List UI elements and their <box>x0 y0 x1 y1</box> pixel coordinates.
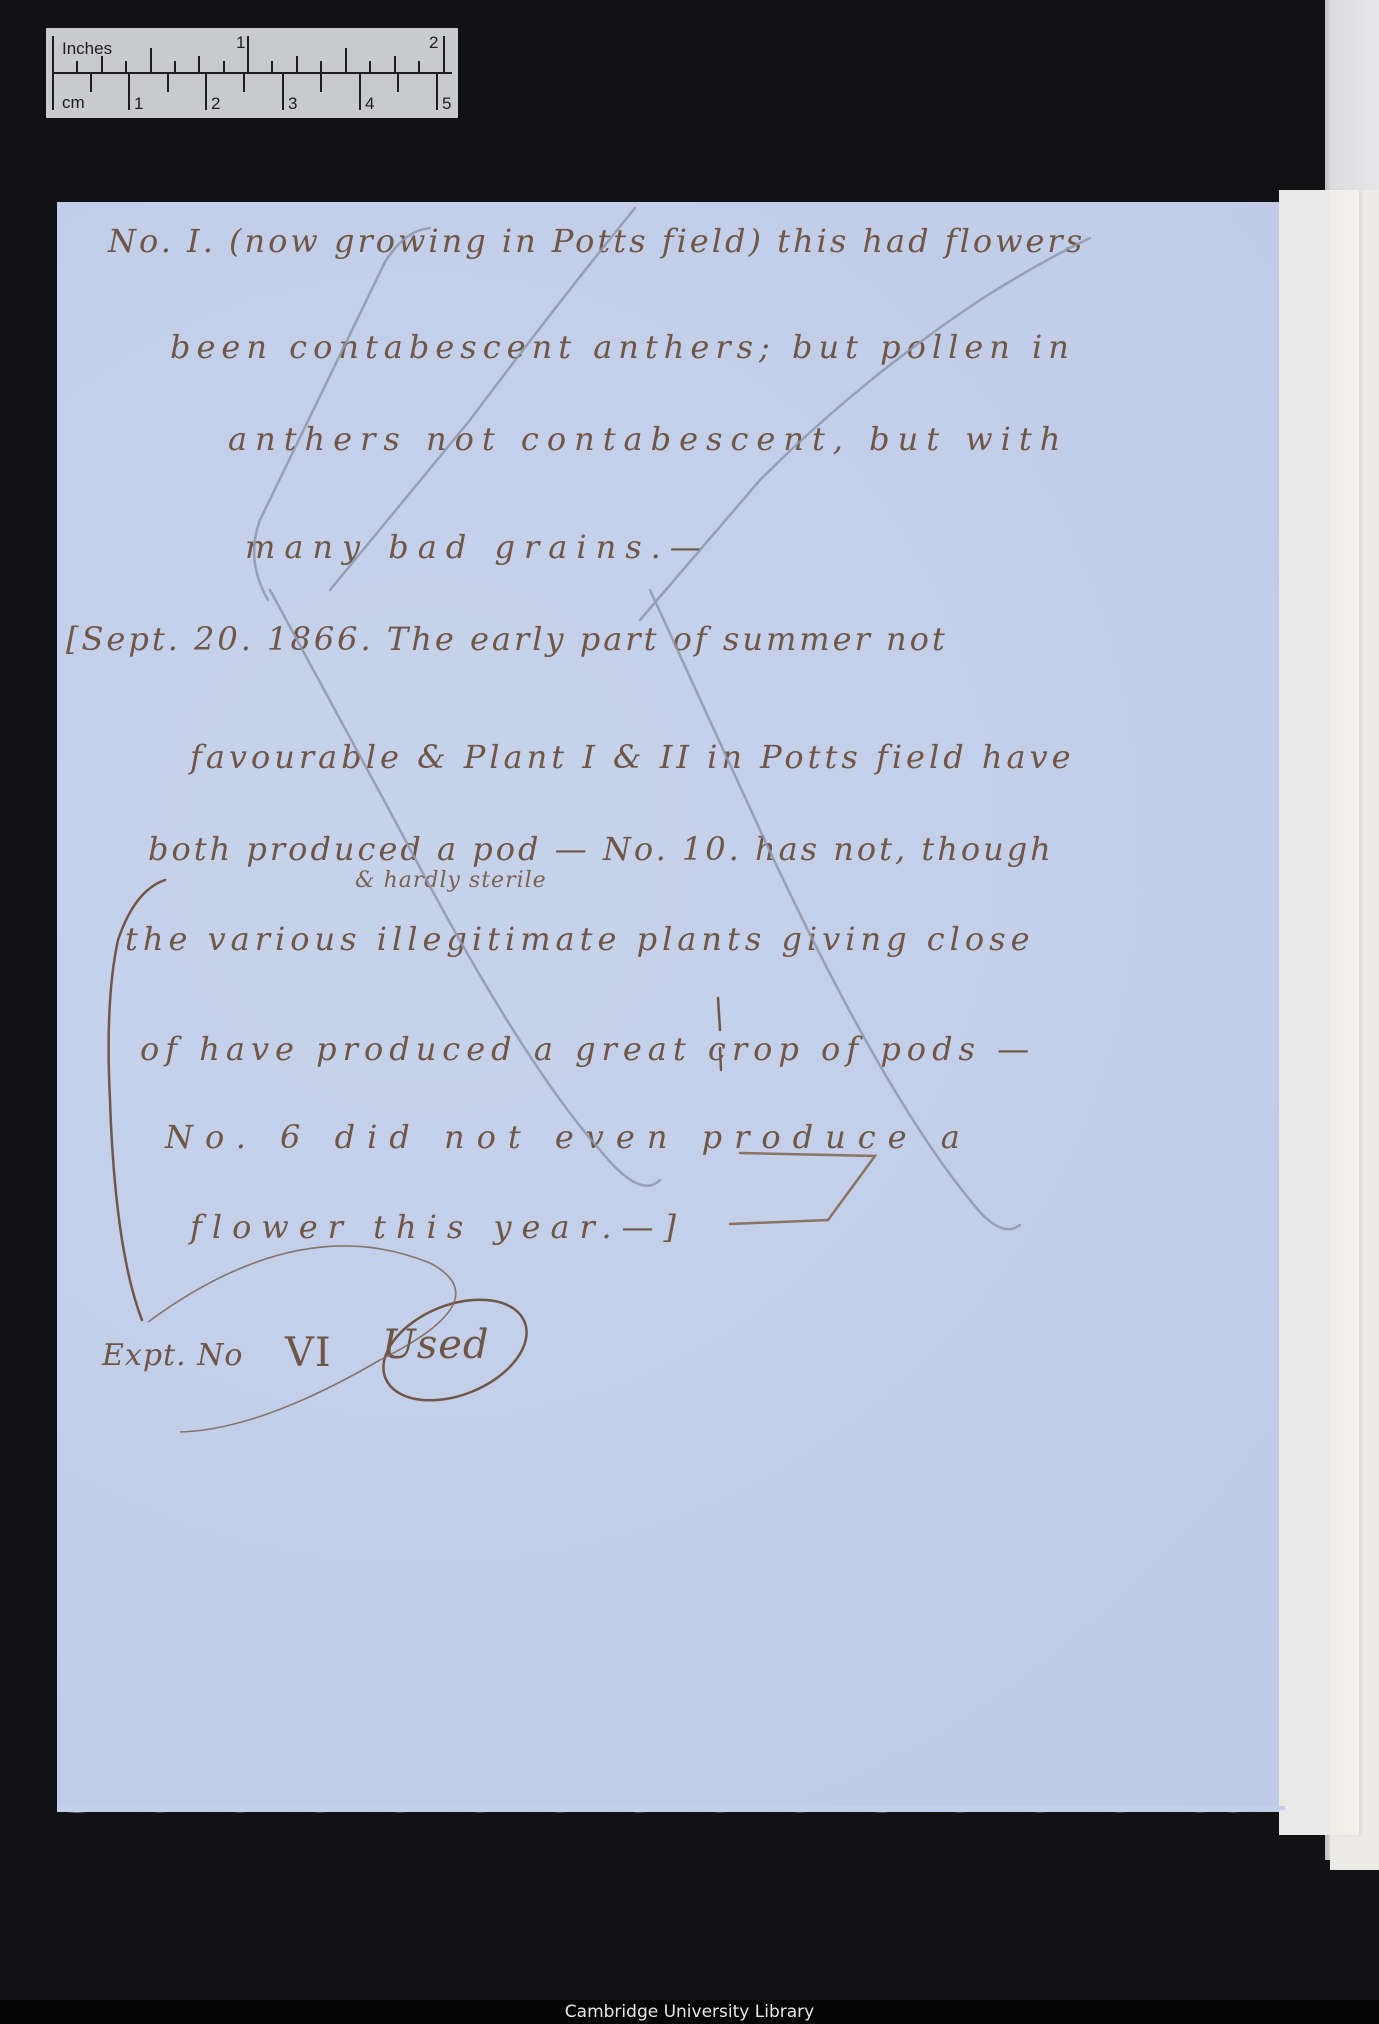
ruler-cm-3: 3 <box>288 95 297 112</box>
manuscript-line-10: No. 6 did not even produce a <box>165 1118 972 1156</box>
ruler-cm-5: 5 <box>442 95 451 112</box>
circled-word: Used <box>382 1322 490 1368</box>
manuscript-line-11: flower this year.—] <box>190 1208 686 1246</box>
guard-strip <box>1279 190 1359 1835</box>
footer-credit: Cambridge University Library <box>0 2000 1379 2024</box>
experiment-number: VI <box>285 1330 332 1376</box>
manuscript-line-1: No. I. (now growing in Potts field) this… <box>108 222 1085 260</box>
manuscript-line-6: favourable & Plant I & II in Potts field… <box>190 738 1075 776</box>
manuscript-line-5: [Sept. 20. 1866. The early part of summe… <box>66 620 948 658</box>
scale-ruler: Inches 1 2 cm 1 2 3 4 5 <box>46 28 458 118</box>
experiment-label: Expt. No <box>102 1338 243 1373</box>
manuscript-line-9: of have produced a great crop of pods — <box>140 1030 1035 1068</box>
ruler-cm-label: cm <box>62 94 85 111</box>
manuscript-line-3: anthers not contabescent, but with <box>228 420 1068 458</box>
ruler-cm-1: 1 <box>134 95 143 112</box>
ruler-inch-2: 2 <box>429 34 438 51</box>
manuscript-interlinear-insert: & hardly sterile <box>355 868 547 893</box>
ruler-cm-2: 2 <box>211 95 220 112</box>
ruler-inch-1: 1 <box>236 34 245 51</box>
manuscript-line-2: been contabescent anthers; but pollen in <box>170 328 1075 366</box>
manuscript-line-8: the various illegitimate plants giving c… <box>125 920 1035 958</box>
ruler-cm-4: 4 <box>365 95 374 112</box>
manuscript-line-7: both produced a pod — No. 10. has not, t… <box>148 830 1054 868</box>
ruler-inches-label: Inches <box>62 40 112 57</box>
torn-edge <box>57 1806 1285 1816</box>
manuscript-line-4: many bad grains.— <box>245 528 711 566</box>
